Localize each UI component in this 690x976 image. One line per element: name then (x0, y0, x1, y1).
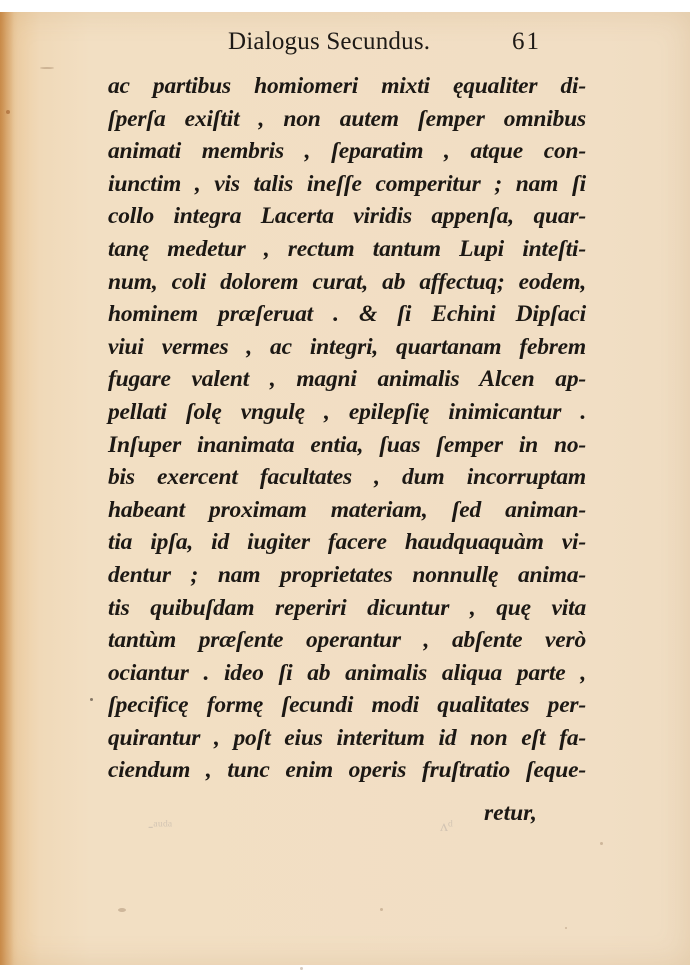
page-header: Dialogus Secundus. 61 (0, 26, 690, 66)
paper-speck (600, 842, 603, 845)
body-text: ac partibus homiomeri mixti ęqualiter di… (108, 70, 586, 787)
text-line: ociantur . ideo ſi ab animalis aliqua pa… (108, 657, 586, 690)
text-line: num, coli dolorem curat, ab affectuq; eo… (108, 266, 586, 299)
paper-speck (565, 927, 567, 929)
text-line: pellati ſolę vngulę , epilepſię inimican… (108, 396, 586, 429)
text-line: hominem præſeruat . & ſi Echini Dipſaci (108, 298, 586, 331)
text-line: bis exercent facultates , dum incorrupta… (108, 461, 586, 494)
text-line: ſpecificę formę ſecundi modi qualitates … (108, 689, 586, 722)
text-line: dentur ; nam proprietates nonnullę anima… (108, 559, 586, 592)
text-line: ſperſa exiſtit , non autem ſemper omnibu… (108, 103, 586, 136)
text-line: tia ipſa, id iugiter facere haudquaquàm … (108, 526, 586, 559)
bleed-through-marks: -ᵃᵘᵈᵃ (148, 818, 172, 836)
text-line: ac partibus homiomeri mixti ęqualiter di… (108, 70, 586, 103)
paper-speck (380, 908, 383, 911)
text-line: habeant proximam materiam, ſed animan- (108, 494, 586, 527)
paper-speck (118, 908, 126, 912)
page-number: 61 (512, 28, 541, 56)
ink-speck (40, 67, 54, 69)
text-line: collo integra Lacerta viridis appenſa, q… (108, 200, 586, 233)
text-line: tis quibuſdam reperiri dicuntur , quę vi… (108, 592, 586, 625)
catchword: retur, (484, 800, 537, 827)
text-line: iunctim , vis talis ineſſe comperitur ; … (108, 168, 586, 201)
running-title: Dialogus Secundus. (228, 28, 430, 56)
text-line: animati membris , ſeparatim , atque con- (108, 135, 586, 168)
paper-speck (300, 967, 303, 970)
text-line: tanę medetur , rectum tantum Lupi inteſt… (108, 233, 586, 266)
text-line: quirantur , poſt eius interitum id non e… (108, 722, 586, 755)
text-line: Inſuper inanimata entia, ſuas ſemper in … (108, 429, 586, 462)
text-line: fugare valent , magni animalis Alcen ap- (108, 363, 586, 396)
paper-speck (90, 698, 93, 701)
text-line: ciendum , tunc enim operis fruſtratio ſe… (108, 754, 586, 787)
text-line: viui vermes , ac integri, quartanam febr… (108, 331, 586, 364)
ink-speck (6, 110, 10, 114)
bleed-through-marks: ᴧᵈ (440, 818, 453, 836)
text-line: tantùm præſente operantur , abſente verò (108, 624, 586, 657)
